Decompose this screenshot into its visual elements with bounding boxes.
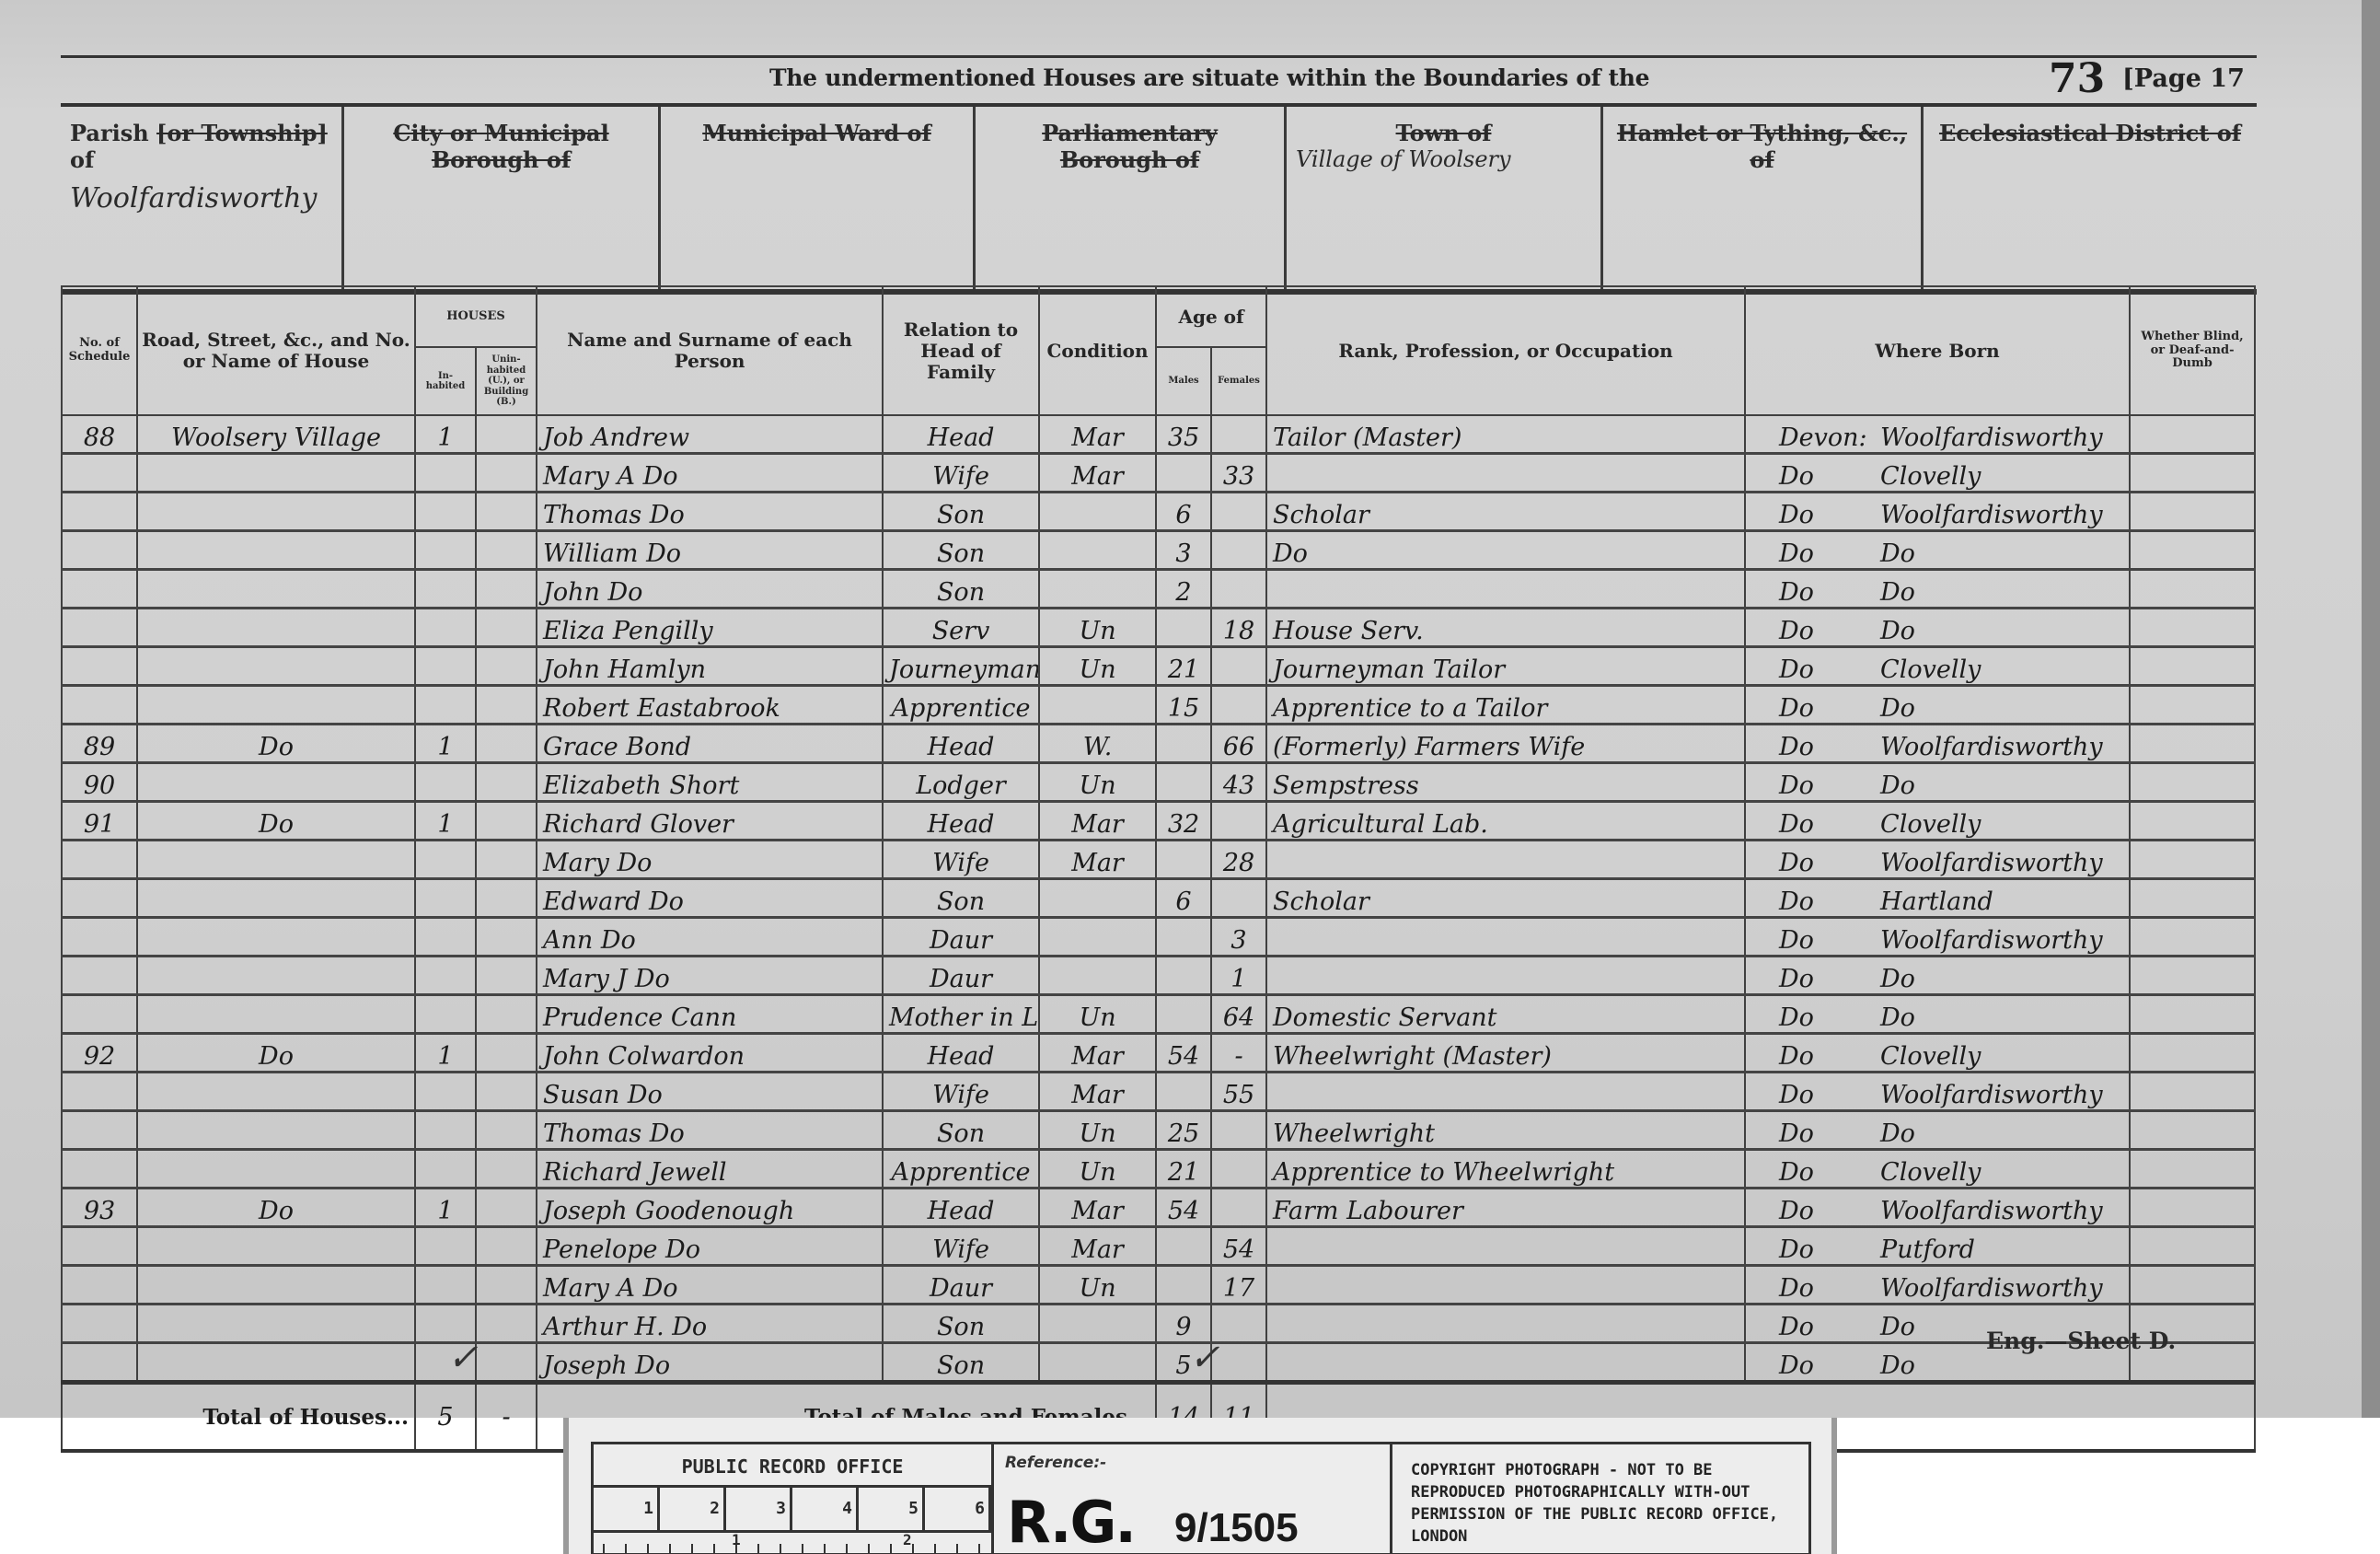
inhabited-cell: [415, 531, 476, 570]
occupation-cell: Scholar: [1266, 879, 1745, 918]
born-place: Woolfardisworthy: [1880, 1197, 2103, 1225]
where-born-cell: DoHartland: [1745, 879, 2130, 918]
name-cell: Mary A Do: [537, 1266, 883, 1305]
where-born-cell: DoDo: [1745, 570, 2130, 609]
inhabited-cell: 1: [415, 1189, 476, 1227]
male-age-cell: 35: [1156, 415, 1211, 454]
uninhabited-cell: [476, 609, 537, 647]
census-row: Mary J DoDaur1DoDo: [62, 957, 2255, 995]
road-cell: [137, 1150, 415, 1189]
where-born-cell: DoClovelly: [1745, 454, 2130, 493]
census-rows: 88Woolsery Village1Job AndrewHeadMar35Ta…: [62, 415, 2255, 1383]
male-age-cell: 32: [1156, 802, 1211, 841]
born-place: Clovelly: [1880, 1042, 1981, 1071]
born-county: Do: [1751, 1274, 1880, 1303]
cm-scale: 1 2 3 4 5 6: [594, 1488, 991, 1533]
census-row: Eliza PengillyServUn18House Serv.DoDo: [62, 609, 2255, 647]
road-cell: [137, 1111, 415, 1150]
condition-cell: [1039, 879, 1156, 918]
female-age-cell: 54: [1211, 1227, 1266, 1266]
schedule-cell: [62, 609, 137, 647]
occupation-cell: [1266, 957, 1745, 995]
condition-cell: Un: [1039, 609, 1156, 647]
reference-series: R.G.: [1007, 1489, 1135, 1554]
census-row: Thomas DoSon6ScholarDoWoolfardisworthy: [62, 493, 2255, 531]
infirmity-cell: [2130, 1073, 2255, 1111]
uninhabited-cell: [476, 995, 537, 1034]
census-row: 92Do1John ColwardonHeadMar54-Wheelwright…: [62, 1034, 2255, 1073]
census-row: Mary A DoDaurUn17DoWoolfardisworthy: [62, 1266, 2255, 1305]
inhabited-cell: [415, 686, 476, 725]
road-cell: [137, 918, 415, 957]
census-row: Mary A DoWifeMar33DoClovelly: [62, 454, 2255, 493]
uninhabited-cell: [476, 647, 537, 686]
where-born-cell: DoWoolfardisworthy: [1745, 1266, 2130, 1305]
schedule-cell: [62, 1343, 137, 1383]
infirmity-cell: [2130, 1189, 2255, 1227]
born-place: Woolfardisworthy: [1880, 1081, 2103, 1109]
relation-cell: Son: [883, 531, 1039, 570]
schedule-cell: 91: [62, 802, 137, 841]
road-cell: [137, 1227, 415, 1266]
born-place: Clovelly: [1880, 810, 1981, 839]
inhabited-cell: [415, 1111, 476, 1150]
infirmity-cell: [2130, 1266, 2255, 1305]
female-age-cell: [1211, 647, 1266, 686]
inhabited-cell: [415, 1227, 476, 1266]
uninhabited-cell: [476, 1227, 537, 1266]
census-table: No. of Schedule Road, Street, &c., and N…: [61, 285, 2256, 1453]
female-age-cell: [1211, 1150, 1266, 1189]
born-county: Do: [1751, 1197, 1880, 1225]
infirmity-cell: [2130, 531, 2255, 570]
where-born-cell: DoWoolfardisworthy: [1745, 1189, 2130, 1227]
relation-cell: Head: [883, 725, 1039, 763]
where-born-cell: DoDo: [1745, 995, 2130, 1034]
uninhabited-cell: [476, 841, 537, 879]
born-place: Hartland: [1880, 887, 1993, 916]
col-houses: HOUSES: [415, 286, 537, 347]
uninhabited-cell: [476, 493, 537, 531]
infirmity-cell: [2130, 1227, 2255, 1266]
copyright-notice: COPYRIGHT PHOTOGRAPH - NOT TO BE REPRODU…: [1392, 1444, 1808, 1553]
born-county: Do: [1751, 810, 1880, 839]
inhabited-cell: [415, 1073, 476, 1111]
uninhabited-cell: [476, 1111, 537, 1150]
male-age-cell: [1156, 995, 1211, 1034]
scale-tick: 2: [660, 1488, 726, 1530]
inhabited-cell: [415, 841, 476, 879]
condition-cell: W.: [1039, 725, 1156, 763]
occupation-cell: Domestic Servant: [1266, 995, 1745, 1034]
reference-panel: Reference:- R.G. 9/1505: [994, 1444, 1392, 1553]
name-cell: Thomas Do: [537, 493, 883, 531]
relation-cell: Son: [883, 1111, 1039, 1150]
total-houses-uninhabited: -: [476, 1383, 537, 1452]
col-infirmity: Whether Blind, or Deaf-and-Dumb: [2130, 286, 2255, 415]
inhabited-cell: [415, 570, 476, 609]
schedule-cell: [62, 879, 137, 918]
born-county: Do: [1751, 1351, 1880, 1380]
born-place: Do: [1880, 1351, 1915, 1380]
born-county: Do: [1751, 1119, 1880, 1148]
schedule-cell: [62, 454, 137, 493]
female-age-cell: [1211, 686, 1266, 725]
born-place: Do: [1880, 694, 1915, 723]
male-age-cell: 25: [1156, 1111, 1211, 1150]
boundary-municipal-borough: City or Municipal Borough of: [344, 107, 661, 289]
inhabited-cell: [415, 1266, 476, 1305]
inhabited-cell: [415, 454, 476, 493]
infirmity-cell: [2130, 647, 2255, 686]
female-age-cell: [1211, 802, 1266, 841]
col-road: Road, Street, &c., and No. or Name of Ho…: [137, 286, 415, 415]
female-age-cell: 66: [1211, 725, 1266, 763]
road-cell: [137, 879, 415, 918]
where-born-cell: DoWoolfardisworthy: [1745, 493, 2130, 531]
schedule-cell: [62, 1111, 137, 1150]
scale-tick: 4: [792, 1488, 859, 1530]
born-place: Clovelly: [1880, 1158, 1981, 1187]
boundary-label: City or Municipal Borough of: [393, 120, 608, 173]
boundary-municipal-ward: Municipal Ward of: [661, 107, 976, 289]
census-row: 88Woolsery Village1Job AndrewHeadMar35Ta…: [62, 415, 2255, 454]
road-cell: [137, 1266, 415, 1305]
male-age-cell: [1156, 763, 1211, 802]
road-cell: Do: [137, 725, 415, 763]
occupation-cell: (Formerly) Farmers Wife: [1266, 725, 1745, 763]
female-age-cell: [1211, 1111, 1266, 1150]
inhabited-cell: [415, 879, 476, 918]
relation-cell: Son: [883, 493, 1039, 531]
boundary-label: Parish [or Township] of: [70, 120, 328, 173]
road-cell: [137, 493, 415, 531]
born-place: Woolfardisworthy: [1880, 1274, 2103, 1303]
where-born-cell: DoDo: [1745, 763, 2130, 802]
inch-tick: 2: [903, 1531, 912, 1548]
born-place: Do: [1880, 1313, 1915, 1341]
name-cell: Eliza Pengilly: [537, 609, 883, 647]
female-age-cell: 55: [1211, 1073, 1266, 1111]
condition-cell: Mar: [1039, 1227, 1156, 1266]
occupation-cell: House Serv.: [1266, 609, 1745, 647]
infirmity-cell: [2130, 609, 2255, 647]
born-county: Do: [1751, 887, 1880, 916]
born-county: Do: [1751, 1081, 1880, 1109]
road-cell: Do: [137, 1034, 415, 1073]
name-cell: Joseph Do: [537, 1343, 883, 1383]
infirmity-cell: [2130, 454, 2255, 493]
schedule-cell: [62, 1150, 137, 1189]
condition-cell: Mar: [1039, 1073, 1156, 1111]
infirmity-cell: [2130, 725, 2255, 763]
census-row: 89Do1Grace BondHeadW.66(Formerly) Farmer…: [62, 725, 2255, 763]
born-county: Do: [1751, 655, 1880, 684]
name-cell: Grace Bond: [537, 725, 883, 763]
relation-cell: Daur: [883, 957, 1039, 995]
occupation-cell: Do: [1266, 531, 1745, 570]
col-born: Where Born: [1745, 286, 2130, 415]
relation-cell: Wife: [883, 1227, 1039, 1266]
relation-cell: Wife: [883, 841, 1039, 879]
reference-strip: PUBLIC RECORD OFFICE 1 2 3 4 5 6 1 2 Ref…: [563, 1418, 1837, 1554]
schedule-cell: [62, 918, 137, 957]
female-age-cell: [1211, 493, 1266, 531]
male-age-cell: [1156, 1073, 1211, 1111]
public-record-office-panel: PUBLIC RECORD OFFICE 1 2 3 4 5 6 1 2: [594, 1444, 994, 1553]
where-born-cell: DoClovelly: [1745, 802, 2130, 841]
boundary-label: Parliamentary Borough of: [1042, 120, 1218, 173]
tick-mark: ✓: [447, 1337, 479, 1379]
col-uninhabited: Unin-habited (U.), or Building (B.): [476, 347, 537, 415]
uninhabited-cell: [476, 879, 537, 918]
relation-cell: Head: [883, 415, 1039, 454]
occupation-cell: [1266, 1266, 1745, 1305]
condition-cell: [1039, 686, 1156, 725]
boundary-parliamentary-borough: Parliamentary Borough of: [976, 107, 1287, 289]
census-row: John HamlynJourneymanUn21Journeyman Tail…: [62, 647, 2255, 686]
condition-cell: [1039, 493, 1156, 531]
occupation-cell: Agricultural Lab.: [1266, 802, 1745, 841]
inhabited-cell: 1: [415, 415, 476, 454]
female-age-cell: -: [1211, 1034, 1266, 1073]
occupation-cell: Sempstress: [1266, 763, 1745, 802]
born-place: Woolfardisworthy: [1880, 501, 2103, 529]
female-age-cell: 3: [1211, 918, 1266, 957]
census-row: Thomas DoSonUn25WheelwrightDoDo: [62, 1111, 2255, 1150]
schedule-cell: [62, 1305, 137, 1343]
name-cell: Edward Do: [537, 879, 883, 918]
inhabited-cell: [415, 493, 476, 531]
census-row: 91Do1Richard GloverHeadMar32Agricultural…: [62, 802, 2255, 841]
header-row: No. of Schedule Road, Street, &c., and N…: [62, 286, 2255, 347]
road-cell: [137, 1343, 415, 1383]
col-inhabited: In-habited: [415, 347, 476, 415]
road-cell: [137, 647, 415, 686]
condition-cell: [1039, 570, 1156, 609]
born-place: Woolfardisworthy: [1880, 423, 2103, 452]
schedule-cell: [62, 957, 137, 995]
road-cell: Woolsery Village: [137, 415, 415, 454]
born-county: Do: [1751, 617, 1880, 645]
male-age-cell: 54: [1156, 1189, 1211, 1227]
male-age-cell: [1156, 1227, 1211, 1266]
census-row: Susan DoWifeMar55DoWoolfardisworthy: [62, 1073, 2255, 1111]
uninhabited-cell: [476, 1073, 537, 1111]
relation-cell: Daur: [883, 1266, 1039, 1305]
schedule-cell: [62, 493, 137, 531]
infirmity-cell: [2130, 570, 2255, 609]
relation-cell: Head: [883, 802, 1039, 841]
where-born-cell: DoWoolfardisworthy: [1745, 1073, 2130, 1111]
where-born-cell: DoClovelly: [1745, 1150, 2130, 1189]
occupation-cell: [1266, 918, 1745, 957]
census-row: John DoSon2DoDo: [62, 570, 2255, 609]
female-age-cell: 64: [1211, 995, 1266, 1034]
male-age-cell: [1156, 841, 1211, 879]
born-place: Putford: [1880, 1235, 1975, 1264]
born-county: Do: [1751, 1313, 1880, 1341]
road-cell: [137, 1073, 415, 1111]
office-name: PUBLIC RECORD OFFICE: [594, 1444, 991, 1488]
where-born-cell: DoWoolfardisworthy: [1745, 725, 2130, 763]
occupation-cell: [1266, 1343, 1745, 1383]
schedule-cell: 88: [62, 415, 137, 454]
census-row: Arthur H. DoSon9DoDo: [62, 1305, 2255, 1343]
infirmity-cell: [2130, 802, 2255, 841]
name-cell: John Colwardon: [537, 1034, 883, 1073]
occupation-cell: Apprentice to a Tailor: [1266, 686, 1745, 725]
occupation-cell: [1266, 1073, 1745, 1111]
infirmity-cell: [2130, 957, 2255, 995]
name-cell: Penelope Do: [537, 1227, 883, 1266]
col-name: Name and Surname of each Person: [537, 286, 883, 415]
road-cell: [137, 957, 415, 995]
boundary-label: Municipal Ward of: [702, 120, 931, 146]
schedule-cell: [62, 531, 137, 570]
uninhabited-cell: [476, 1305, 537, 1343]
born-place: Clovelly: [1880, 462, 1981, 491]
condition-cell: Mar: [1039, 454, 1156, 493]
relation-cell: Son: [883, 879, 1039, 918]
male-age-cell: 3: [1156, 531, 1211, 570]
condition-cell: [1039, 1343, 1156, 1383]
name-cell: Mary J Do: [537, 957, 883, 995]
relation-cell: Serv: [883, 609, 1039, 647]
where-born-cell: DoClovelly: [1745, 647, 2130, 686]
infirmity-cell: [2130, 1034, 2255, 1073]
relation-cell: Son: [883, 1305, 1039, 1343]
col-schedule: No. of Schedule: [62, 286, 137, 415]
name-cell: Mary A Do: [537, 454, 883, 493]
census-row: Penelope DoWifeMar54DoPutford: [62, 1227, 2255, 1266]
inch-tick: 1: [732, 1531, 741, 1548]
born-place: Do: [1880, 771, 1915, 800]
boundary-label: Ecclesiastical District of: [1939, 120, 2241, 146]
relation-cell: Apprentice: [883, 1150, 1039, 1189]
born-county: Do: [1751, 733, 1880, 761]
uninhabited-cell: [476, 1189, 537, 1227]
where-born-cell: DoDo: [1745, 1111, 2130, 1150]
born-county: Do: [1751, 694, 1880, 723]
relation-cell: Wife: [883, 1073, 1039, 1111]
road-cell: [137, 609, 415, 647]
male-age-cell: [1156, 454, 1211, 493]
where-born-cell: Devon:Woolfardisworthy: [1745, 415, 2130, 454]
female-age-cell: 17: [1211, 1266, 1266, 1305]
boundary-label: Hamlet or Tything, &c., of: [1617, 120, 1907, 173]
census-sheet: The undermentioned Houses are situate wi…: [61, 55, 2257, 1330]
infirmity-cell: [2130, 918, 2255, 957]
infirmity-cell: [2130, 841, 2255, 879]
relation-cell: Son: [883, 570, 1039, 609]
born-county: Do: [1751, 462, 1880, 491]
uninhabited-cell: [476, 957, 537, 995]
born-place: Do: [1880, 578, 1915, 607]
col-age: Age of: [1156, 286, 1266, 347]
relation-cell: Head: [883, 1034, 1039, 1073]
where-born-cell: DoWoolfardisworthy: [1745, 918, 2130, 957]
condition-cell: [1039, 918, 1156, 957]
schedule-cell: [62, 686, 137, 725]
female-age-cell: 1: [1211, 957, 1266, 995]
uninhabited-cell: [476, 415, 537, 454]
inhabited-cell: [415, 609, 476, 647]
name-cell: Arthur H. Do: [537, 1305, 883, 1343]
schedule-cell: [62, 570, 137, 609]
occupation-cell: Apprentice to Wheelwright: [1266, 1150, 1745, 1189]
road-cell: [137, 570, 415, 609]
relation-cell: Lodger: [883, 763, 1039, 802]
road-cell: [137, 1305, 415, 1343]
occupation-cell: Wheelwright: [1266, 1111, 1745, 1150]
name-cell: Susan Do: [537, 1073, 883, 1111]
schedule-cell: [62, 841, 137, 879]
female-age-cell: [1211, 570, 1266, 609]
male-age-cell: [1156, 918, 1211, 957]
where-born-cell: DoDo: [1745, 609, 2130, 647]
born-place: Do: [1880, 539, 1915, 568]
female-age-cell: 43: [1211, 763, 1266, 802]
inhabited-cell: 1: [415, 725, 476, 763]
schedule-cell: 89: [62, 725, 137, 763]
name-cell: Robert Eastabrook: [537, 686, 883, 725]
born-place: Woolfardisworthy: [1880, 926, 2103, 955]
uninhabited-cell: [476, 725, 537, 763]
occupation-cell: [1266, 1305, 1745, 1343]
female-age-cell: 28: [1211, 841, 1266, 879]
boundary-value: Village of Woolsery: [1296, 146, 1591, 172]
born-county: Devon:: [1751, 423, 1880, 452]
census-row: Robert EastabrookApprentice15Apprentice …: [62, 686, 2255, 725]
census-row: Joseph DoSon5DoDo: [62, 1343, 2255, 1383]
census-row: Mary DoWifeMar28DoWoolfardisworthy: [62, 841, 2255, 879]
relation-cell: Son: [883, 1343, 1039, 1383]
occupation-cell: [1266, 454, 1745, 493]
name-cell: Mary Do: [537, 841, 883, 879]
road-cell: [137, 454, 415, 493]
born-county: Do: [1751, 578, 1880, 607]
col-condition: Condition: [1039, 286, 1156, 415]
infirmity-cell: [2130, 415, 2255, 454]
relation-cell: Daur: [883, 918, 1039, 957]
condition-cell: Mar: [1039, 1034, 1156, 1073]
relation-cell: Mother in Law: [883, 995, 1039, 1034]
male-age-cell: 21: [1156, 647, 1211, 686]
inhabited-cell: [415, 918, 476, 957]
inhabited-cell: [415, 995, 476, 1034]
where-born-cell: DoWoolfardisworthy: [1745, 841, 2130, 879]
uninhabited-cell: [476, 802, 537, 841]
condition-cell: Mar: [1039, 802, 1156, 841]
folio-number: 73: [2049, 55, 2105, 102]
condition-cell: [1039, 531, 1156, 570]
road-cell: Do: [137, 802, 415, 841]
schedule-cell: [62, 1227, 137, 1266]
uninhabited-cell: [476, 454, 537, 493]
col-females: Females: [1211, 347, 1266, 415]
male-age-cell: 54: [1156, 1034, 1211, 1073]
condition-cell: Un: [1039, 647, 1156, 686]
col-occupation: Rank, Profession, or Occupation: [1266, 286, 1745, 415]
total-houses-label: Total of Houses...: [62, 1383, 415, 1452]
male-age-cell: 6: [1156, 879, 1211, 918]
boundary-hamlet: Hamlet or Tything, &c., of: [1603, 107, 1924, 289]
infirmity-cell: [2130, 1150, 2255, 1189]
born-county: Do: [1751, 501, 1880, 529]
condition-cell: Un: [1039, 995, 1156, 1034]
schedule-cell: 92: [62, 1034, 137, 1073]
